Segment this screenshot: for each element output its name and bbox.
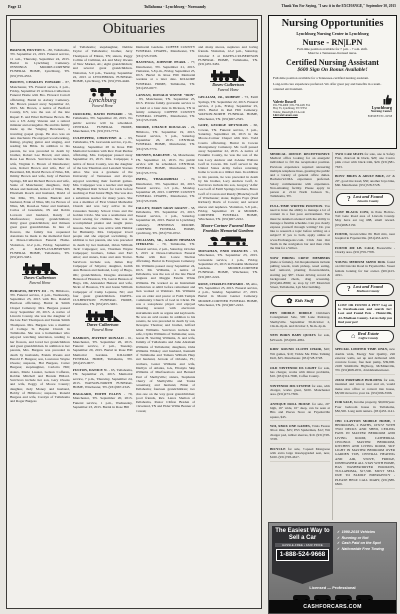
logo-subname: Funeral Home xyxy=(73,104,133,108)
cashforcars-brand: CASHFORCARS.COM xyxy=(269,600,396,613)
obituary-text: - 73, Estill Springs, TN. September 22, … xyxy=(198,95,258,120)
check-icon: ✓ xyxy=(337,541,340,545)
obituary-text: - 58, Tullahoma, TN. September 23, 2015.… xyxy=(136,206,196,236)
obituary-entry: and many nieces, nephews and loving frie… xyxy=(198,45,258,66)
nurse-heading: Nurse - RN|LPN xyxy=(273,37,392,47)
obituary-entry: Memorial Gardens. COFFEE COUNTY FUNERAL … xyxy=(136,45,196,58)
sell-car-phone: 1-888-524-9668 xyxy=(276,549,329,561)
daves-culbertson-logo: Daves-Culbertson Funeral Home xyxy=(198,69,258,92)
classified-ad: KIDS' ROUND CLOTH CHAIR,$20; Wii games, … xyxy=(270,347,330,362)
obituary-text: and many nieces, nephews and loving frie… xyxy=(198,45,258,66)
classified-text: Medical office looking for an energetic … xyxy=(270,156,330,198)
section-header: ⌂ Real Estate Coffee County xyxy=(336,330,394,343)
house-icon: ⌂ xyxy=(351,333,355,340)
sell-car-headline: The Easiest Way to Sell a Car xyxy=(273,528,332,542)
kids-stuff-icon: ✿ xyxy=(287,298,293,305)
train-icon xyxy=(210,69,246,82)
obituary-entry: MONAHAN, ENID FRANCES- 93, Winchester, T… xyxy=(198,249,258,279)
obituary-entry: BRANCH, HUSTON S.- 80, Tullahoma, TN. Se… xyxy=(10,48,70,78)
features-panel: ✓1990-2015 Vehicles✓Running or Not✓Cash … xyxy=(337,530,395,552)
logo-subname: Funeral Home xyxy=(73,328,133,332)
classified-ad: HEY DIDDLE DIDDLEChildren's Consignment … xyxy=(270,311,330,330)
obituary-text: - 87, Manchester, TN. Funeral service, 2… xyxy=(10,80,70,259)
page-communities: Tullahoma - Lynchburg - Normandy xyxy=(95,4,255,9)
section-header: ? Lost and Found Madison County xyxy=(336,283,394,296)
nursing-center-logo: Lynchburg Nursing Center EOE/M/F/V/D - 6… xyxy=(368,94,392,118)
eoe-line: EOE/M/F/V/D - 62558 xyxy=(368,115,392,118)
classifieds-section: MEDICAL OFFICE RECEPTIONIST.Medical offi… xyxy=(268,152,397,520)
section-header-text: Lost and Found Madison County xyxy=(353,285,383,293)
obituary-text: Memorial Gardens. COFFEE COUNTY FUNERAL … xyxy=(136,45,196,58)
section-title: Kids Stuff xyxy=(295,299,314,304)
classified-ad: NINTENDO 3DS SYSTEMfor sale, with charge… xyxy=(270,384,330,399)
obituary-text: - 80, Tullahoma, TN. September 21, 2015.… xyxy=(10,48,70,78)
feature-item: ✓Nationwide Free Towing xyxy=(337,547,395,551)
classified-ad: NOW HIRING CREW MEMBERS(male or female).… xyxy=(270,256,330,292)
obituary-entry: FULTON, DANICE N.- 65, Tullahoma, TN. Se… xyxy=(73,368,133,389)
thumbs-up-icon xyxy=(383,94,392,105)
contact-details: Valerie Russell 931-759-4000 | 931-759-4… xyxy=(273,100,310,118)
obituary-text: of Tullahoma; stepdaughter, Debbie Taylo… xyxy=(73,45,133,83)
obituary-entry: CULPEPPER, CHRISTINE A.- 93, Tullahoma, … xyxy=(73,136,133,307)
sell-car-panel: The Easiest Way to Sell a Car HASSLE-FRE… xyxy=(272,526,333,584)
obituary-entry: CROCKER, DAVID EDWARD- 59, Tullahoma, TN… xyxy=(73,112,133,133)
section-subtitle: Coffee County xyxy=(358,337,379,341)
obituary-text: - 70, Manchester, TN. September 26, 2015… xyxy=(136,177,196,202)
train-icon xyxy=(22,262,58,275)
classified-text: You need to have the ability to manage a… xyxy=(270,204,330,250)
horse-carriage-icon xyxy=(88,86,118,97)
classified-ad: BOYS' BIKES & ADULT BIKE,24" & 29", good… xyxy=(335,174,395,189)
classified-ad: FULL-TIME WRITER POSITION.You need to ha… xyxy=(270,204,330,253)
obituaries-columns: BRANCH, HUSTON S.- 80, Tullahoma, TN. Se… xyxy=(10,45,258,601)
feature-text: Cash Paid on the Spot xyxy=(342,541,381,545)
section-header-text: Lost and Found Lincoln County xyxy=(353,195,383,203)
obituary-text: - 77, Manchester, TN. September 21, 2015… xyxy=(136,60,196,90)
classified-text: new double wide, Energy Star Quality, 2x… xyxy=(335,347,395,372)
nursing-ad-title: Nursing Opportunities xyxy=(273,19,392,30)
nursing-contact-block: Valerie Russell 931-759-4000 | 931-759-4… xyxy=(273,94,392,118)
contact-website: LifeCareCareers.com xyxy=(273,114,310,118)
obituary-text: - 70, Tullahoma, TN. Funeral service, 2 … xyxy=(136,242,196,412)
classified-ad: MEDICAL OFFICE RECEPTIONIST.Medical offi… xyxy=(270,152,330,201)
train-icon xyxy=(85,309,121,322)
section-header-text: Real Estate Coffee County xyxy=(358,332,379,340)
logo-subname: Funeral Home xyxy=(10,281,70,285)
classified-ad: BICYCLEfor sale, 7-speed Mongoose with e… xyxy=(270,447,330,462)
daves-culbertson-logo: Daves-Culbertson Funeral Home xyxy=(10,262,70,285)
obituary-entry: BROWN, CHARLES EDWARD- 87, Manchester, T… xyxy=(10,80,70,259)
cash-for-cars-ad: The Easiest Way to Sell a Car HASSLE-FRE… xyxy=(268,522,397,614)
obituary-text: - 60, Cowan, TN. Funeral service, 3 p.m.… xyxy=(198,123,258,221)
nursing-ad-subtitle: Lynchburg Nursing Center in Lynchburg xyxy=(273,31,392,36)
page-slogan: Thank You For Saying, "I saw it in the E… xyxy=(281,4,396,8)
obituaries-column-3: Memorial Gardens. COFFEE COUNTY FUNERAL … xyxy=(136,45,196,601)
obituaries-section: Obituaries BRANCH, HUSTON S.- 80, Tullah… xyxy=(6,15,262,609)
obituary-entry: DAMRON, JEFFERY RONALD- 61, Manchester, … xyxy=(73,336,133,366)
classified-ad: FOUND,brown/white Pit Bull mix, near hos… xyxy=(335,232,395,243)
logo-subname: Franklin Memorial Gardens xyxy=(198,229,258,234)
check-icon: ✓ xyxy=(337,530,340,534)
classified-ad: 1991 CLAYTON MOBILE HOME,3 BEDROOMS, 2 B… xyxy=(335,419,395,489)
question-icon: ? xyxy=(347,196,351,203)
section-header: ? Lost and Found Lincoln County xyxy=(336,193,394,206)
classified-ad: NEW BORN BABY QUILTSfor sale, $25/each. … xyxy=(270,333,330,344)
check-icon: ✓ xyxy=(337,547,340,551)
obituaries-column-2: of Tullahoma; stepdaughter, Debbie Taylo… xyxy=(73,45,133,601)
obituary-entry: GELLIAM, JR., ROBERT- 73, Estill Springs… xyxy=(198,95,258,121)
classified-ad: OLD NINTENDO DS LIGHTfor sale, has charg… xyxy=(270,366,330,381)
feature-text: Running or Not xyxy=(342,536,369,540)
cna-heading: Certified Nursing Assistant xyxy=(273,58,392,67)
obituary-entry: ROSE, CHARLES EDWARD- 88, Alto, TN. Sept… xyxy=(198,282,258,308)
obituary-text: - 83, Manchester, TN. September 25, 2015… xyxy=(136,97,196,122)
classified-ad: LOST BLACK COW,in Pans Hollow-Toll Gate … xyxy=(335,210,395,229)
obituary-entry: TALLEY, MARY GRAY GRANT- 58, Tullahoma, … xyxy=(136,206,196,236)
nursing-brand-line2: Nursing Center xyxy=(368,110,392,113)
section-header: ✿ Kids Stuff xyxy=(271,295,329,307)
obituary-text: - 24, Hillsboro, TN. September 19, 2015.… xyxy=(136,125,196,150)
question-icon: ? xyxy=(347,286,351,293)
classifieds-column-1: MEDICAL OFFICE RECEPTIONIST.Medical offi… xyxy=(268,152,332,520)
feature-item: ✓Cash Paid on the Spot xyxy=(337,541,395,545)
section-subtitle: Madison County xyxy=(353,290,383,294)
experience-paragraph: Long-term care experience preferred. We … xyxy=(273,82,392,91)
obituary-entry: MOORE, CHANCE DOUGLAS- 24, Hillsboro, TN… xyxy=(136,125,196,151)
nurse-license-line: Must be a Tennessee-licensed nurse. xyxy=(273,51,392,55)
page-number: Page 12 xyxy=(8,4,21,9)
obituary-text: - 93, Tullahoma, TN. Graveside service, … xyxy=(73,136,133,306)
obituary-entry: HASTINGS, JOHNNIE PEARL- 77, Manchester,… xyxy=(136,60,196,90)
cna-paragraph: Full-time position available for a Tenne… xyxy=(273,76,392,80)
feature-item: ✓Running or Not xyxy=(337,536,395,540)
obituary-entry: MUNNEY, DARLENE- 54, Manchester, TN. Sep… xyxy=(136,153,196,174)
feature-text: Nationwide Free Towing xyxy=(342,547,384,551)
obituary-entry: GOFF, GEORGE REYNOLDS- 60, Cowan, TN. Fu… xyxy=(198,123,258,221)
obituaries-title: Obituaries xyxy=(10,19,258,42)
feature-item: ✓1990-2015 Vehicles xyxy=(337,530,395,534)
classified-text: (male or female). Job Requirements inclu… xyxy=(270,260,330,289)
classified-ad: YOUNG MEDIUM SIZED DOGfound on Old Linco… xyxy=(335,260,395,279)
boxed-classified-ad: LOST OR FOUND A PET?Log on to Facebook.c… xyxy=(335,300,395,327)
classified-ad: FOUND 400 LB. CALF,Booneville - Charity … xyxy=(335,246,395,257)
page-header: Page 12 Tullahoma - Lynchburg - Normandy… xyxy=(0,2,400,13)
obituary-text: - 93, Winchester, TN. September 23, 2015… xyxy=(198,249,258,279)
lynchburg-funeral-home-logo: Lynchburg Funeral Home xyxy=(73,86,133,109)
classified-ad: 24X32 PORTABLE BUILDINGfor sale, insulat… xyxy=(335,378,395,397)
nursing-opportunities-ad: Nursing Opportunities Lynchburg Nursing … xyxy=(268,15,397,149)
obituaries-column-1: BRANCH, HUSTON S.- 80, Tullahoma, TN. Se… xyxy=(10,45,70,601)
obituary-text: - 76, Hillsboro, TN. Funeral service, 2 … xyxy=(10,289,70,404)
feature-text: 1990-2015 Vehicles xyxy=(342,530,376,534)
classified-ad: ANTIQUE DOLL HOUSEfor sale, 20" high, 16… xyxy=(270,402,330,421)
obituary-entry: PATEL, THAKORBHAI- 70, Manchester, TN. S… xyxy=(136,177,196,203)
obituaries-column-4: and many nieces, nephews and loving frie… xyxy=(198,45,258,601)
section-header-text: Kids Stuff xyxy=(295,299,314,304)
car-row xyxy=(269,590,396,600)
classified-ad: WII, XBOX ONE GAMES,Trials Fusion Xbox O… xyxy=(270,424,330,443)
check-icon: ✓ xyxy=(337,536,340,540)
obituary-entry: BURGESS, BETTY JO- 76, Hillsboro, TN. Fu… xyxy=(10,289,70,404)
classified-ad: FOR SALE,Income property, $9,000/year. F… xyxy=(335,400,395,415)
obituary-entry: LANNAN, DONALD WAYNE "DON"- 83, Manchest… xyxy=(136,93,196,123)
classifieds-column-2: TWO CAR SEATSfor sale, one is Safety Fir… xyxy=(332,152,397,520)
obituary-text: - 61, Manchester, TN. September 26, 2015… xyxy=(73,336,133,366)
newspaper-page: Page 12 Tullahoma - Lynchburg - Normandy… xyxy=(0,0,400,614)
moore-cortner-logo: Moore-Cortner Funeral Home Franklin Memo… xyxy=(198,224,258,245)
obituary-entry: HAGGARD, EDITH ELLEN- 79, Manchester, TN… xyxy=(73,392,133,409)
bonus-line: $600 Sign On Bonus Available! xyxy=(273,67,392,73)
section-subtitle: Lincoln County xyxy=(353,200,383,204)
obituary-entry: WILLIAMS, SR., AARON HERMAN STERLING- 70… xyxy=(136,238,196,413)
logo-subname: Funeral Home xyxy=(198,88,258,92)
classified-ad: SPECIAL LIMITED TIME ONLY,new double wid… xyxy=(335,347,395,375)
horse-hearse-icon xyxy=(208,234,248,246)
daves-culbertson-logo: Daves-Culbertson Funeral Home xyxy=(73,309,133,332)
sell-car-subline: HASSLE-FREE • FAIR PRICE xyxy=(275,543,330,547)
classified-ad: TWO CAR SEATSfor sale, one is Safety Fir… xyxy=(335,152,395,171)
classified-text: 3 BEDROOMS, 2 BATHS, 16'X72' WITH TWO DE… xyxy=(335,419,395,486)
obituary-text: - 88, Alto, TN. September 25, 2015. Fune… xyxy=(198,282,258,307)
obituary-entry: of Tullahoma; stepdaughter, Debbie Taylo… xyxy=(73,45,133,83)
